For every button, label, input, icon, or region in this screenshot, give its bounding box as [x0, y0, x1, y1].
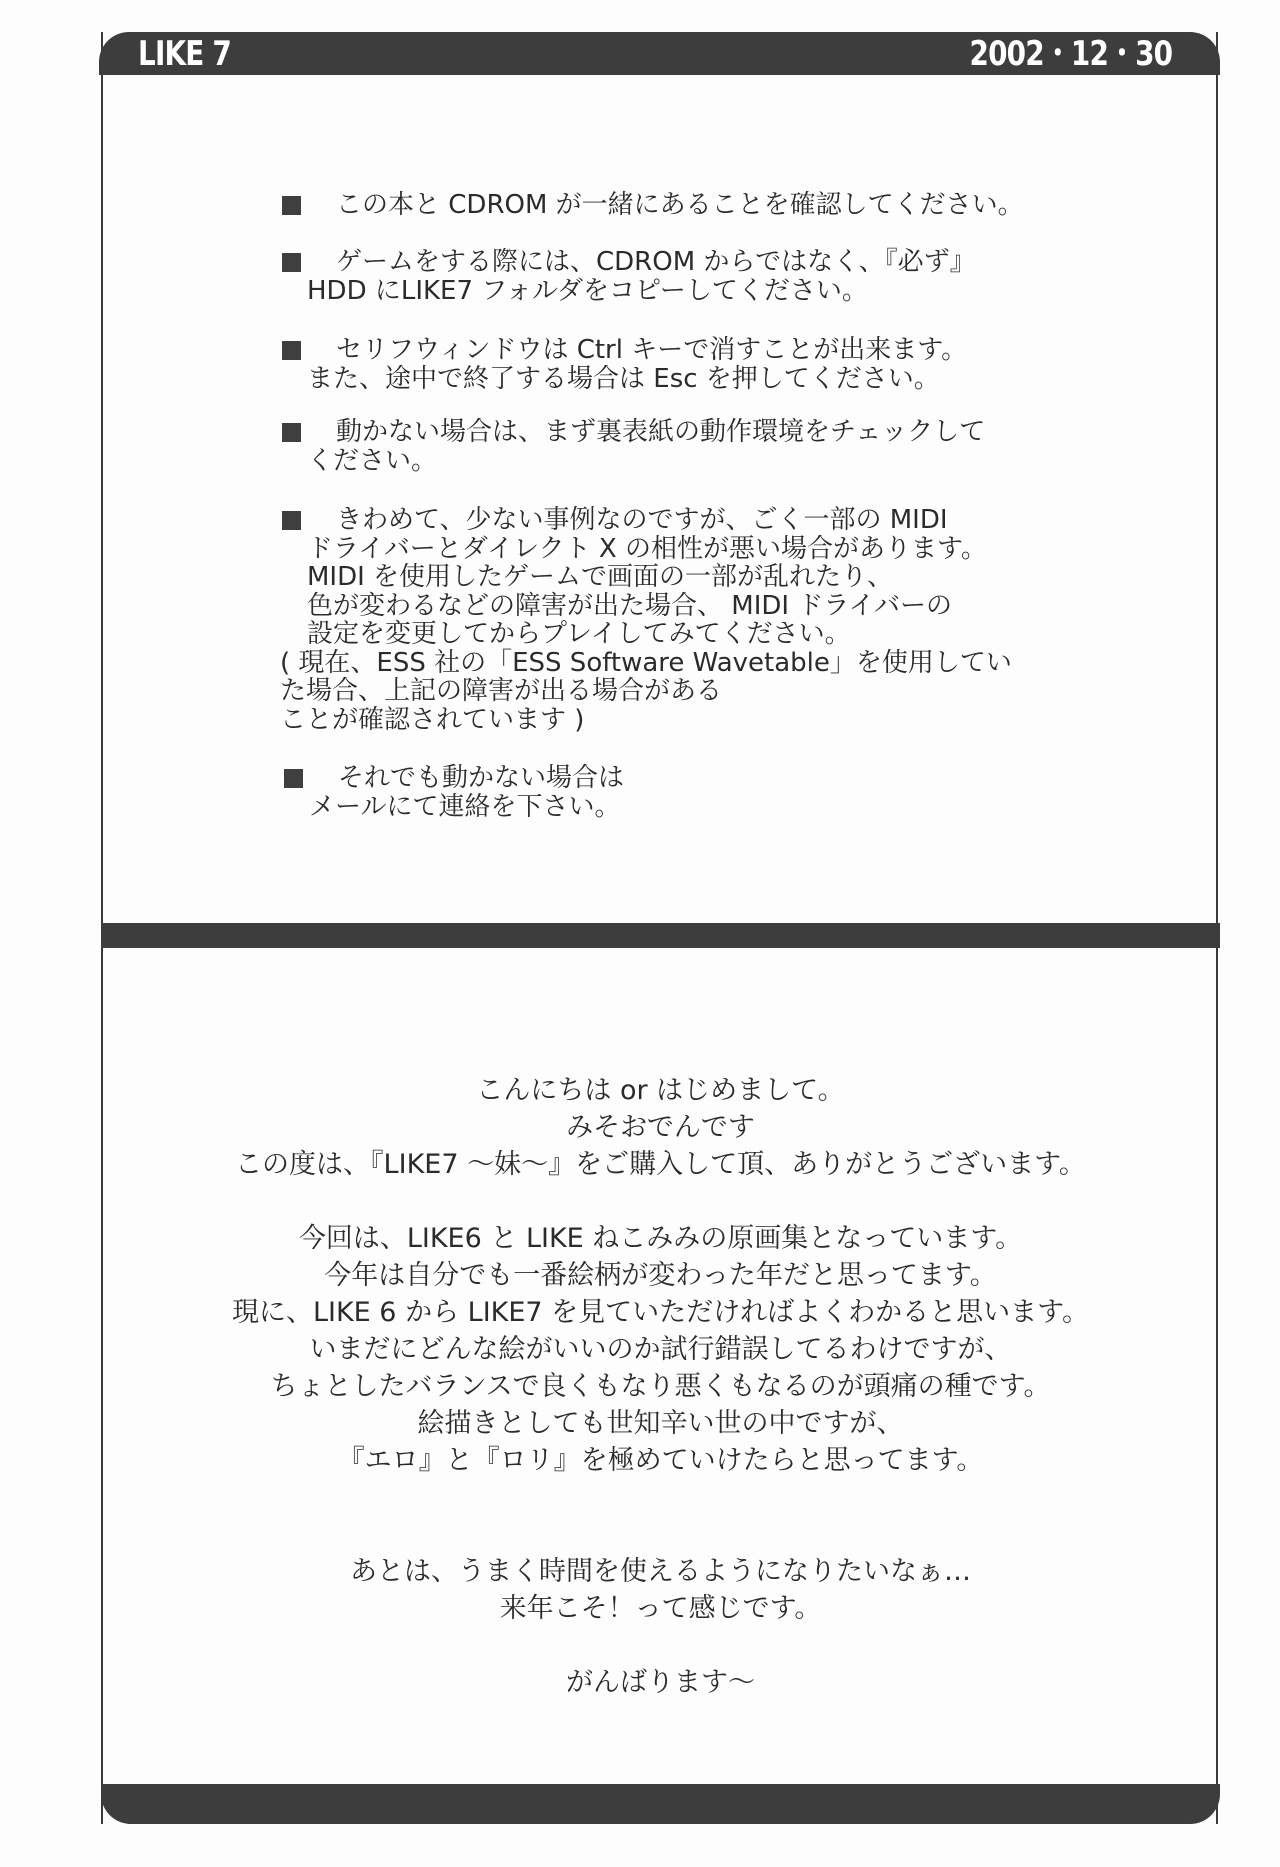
message-line: あとは、うまく時間を使えるようになりたいなぁ…: [101, 1553, 1220, 1590]
message-line: [101, 1183, 1220, 1220]
section-divider: [101, 923, 1220, 948]
note-line: ドライバーとダイレクト X の相性が悪い場合があります。: [307, 535, 1012, 564]
note-line: セリフウィンドウは Ctrl キーで消すことが出来ます。: [336, 336, 967, 365]
message-line: ちょとしたバランスで良くもなり悪くもなるのが頭痛の種です。: [101, 1368, 1220, 1405]
note-line: メールにて連絡を下さい。: [309, 793, 624, 822]
message-line: 現に、LIKE 6 から LIKE7 を見ていただければよくわかると思います。: [101, 1294, 1220, 1331]
message-line: いまだにどんな絵がいいのか試行錯誤してるわけですが、: [101, 1331, 1220, 1368]
note-item: この本と CDROM が一緒にあることを確認してください。: [336, 191, 1024, 220]
note-line: ください。: [307, 447, 985, 476]
message-line: こんにちは or はじめまして。: [101, 1072, 1220, 1109]
message-line: [101, 1516, 1220, 1553]
message-line: 来年こそ！って感じです。: [101, 1590, 1220, 1627]
message-line: みそおでんです: [101, 1109, 1220, 1146]
footer-bar: [101, 1784, 1220, 1824]
note-line: この本と CDROM が一緒にあることを確認してください。: [336, 191, 1024, 220]
note-line: 色が変わるなどの障害が出た場合、 MIDI ドライバーの: [307, 592, 1012, 621]
note-line: また、途中で終了する場合は Esc を押してください。: [307, 365, 967, 394]
message-line: 今回は、LIKE6 と LIKE ねこみみの原画集となっています。: [101, 1220, 1220, 1257]
note-item: それでも動かない場合は メールにて連絡を下さい。: [338, 764, 624, 821]
note-line: 動かない場合は、まず裏表紙の動作環境をチェックして: [336, 418, 985, 447]
author-message: こんにちは or はじめまして。 みそおでんです この度は、『LIKE7 〜妹〜…: [101, 1072, 1220, 1701]
note-line: きわめて、少ない事例なのですが、ごく一部の MIDI: [336, 506, 1012, 535]
header-title: LIKE 7: [138, 33, 231, 75]
note-remark-line: た場合、上記の障害が出る場合がある: [280, 677, 1012, 706]
message-line: がんばります〜: [101, 1664, 1220, 1701]
square-bullet-icon: [282, 196, 301, 215]
note-line: HDD にLIKE7 フォルダをコピーしてください。: [307, 277, 976, 306]
square-bullet-icon: [282, 253, 301, 272]
note-item: きわめて、少ない事例なのですが、ごく一部の MIDI ドライバーとダイレクト X…: [336, 506, 1012, 734]
square-bullet-icon: [282, 511, 301, 530]
note-line: それでも動かない場合は: [338, 764, 624, 793]
note-line: ゲームをする際には、CDROM からではなく、『必ず』: [336, 248, 976, 277]
message-line: [101, 1627, 1220, 1664]
note-remark-line: ことが確認されています ): [280, 706, 1012, 735]
message-line: 絵描きとしても世知辛い世の中ですが、: [101, 1405, 1220, 1442]
square-bullet-icon: [282, 423, 301, 442]
square-bullet-icon: [284, 769, 303, 788]
message-line: 『エロ』と『ロリ』を極めていけたらと思ってます。: [101, 1442, 1220, 1479]
note-line: 設定を変更してからプレイしてみてください。: [307, 620, 1012, 649]
note-line: MIDI を使用したゲームで画面の一部が乱れたり、: [307, 563, 1012, 592]
square-bullet-icon: [282, 341, 301, 360]
note-remark-line: ( 現在、ESS 社の「ESS Software Wavetable」を使用して…: [280, 649, 1012, 678]
note-item: ゲームをする際には、CDROM からではなく、『必ず』 HDD にLIKE7 フ…: [336, 248, 976, 305]
message-line: この度は、『LIKE7 〜妹〜』をご購入して頂、ありがとうございます。: [101, 1146, 1220, 1183]
note-item: セリフウィンドウは Ctrl キーで消すことが出来ます。 また、途中で終了する場…: [336, 336, 967, 393]
header-date: 2002・12・30: [969, 33, 1172, 75]
note-item: 動かない場合は、まず裏表紙の動作環境をチェックして ください。: [336, 418, 985, 475]
message-line: 今年は自分でも一番絵柄が変わった年だと思ってます。: [101, 1257, 1220, 1294]
message-line: [101, 1479, 1220, 1516]
